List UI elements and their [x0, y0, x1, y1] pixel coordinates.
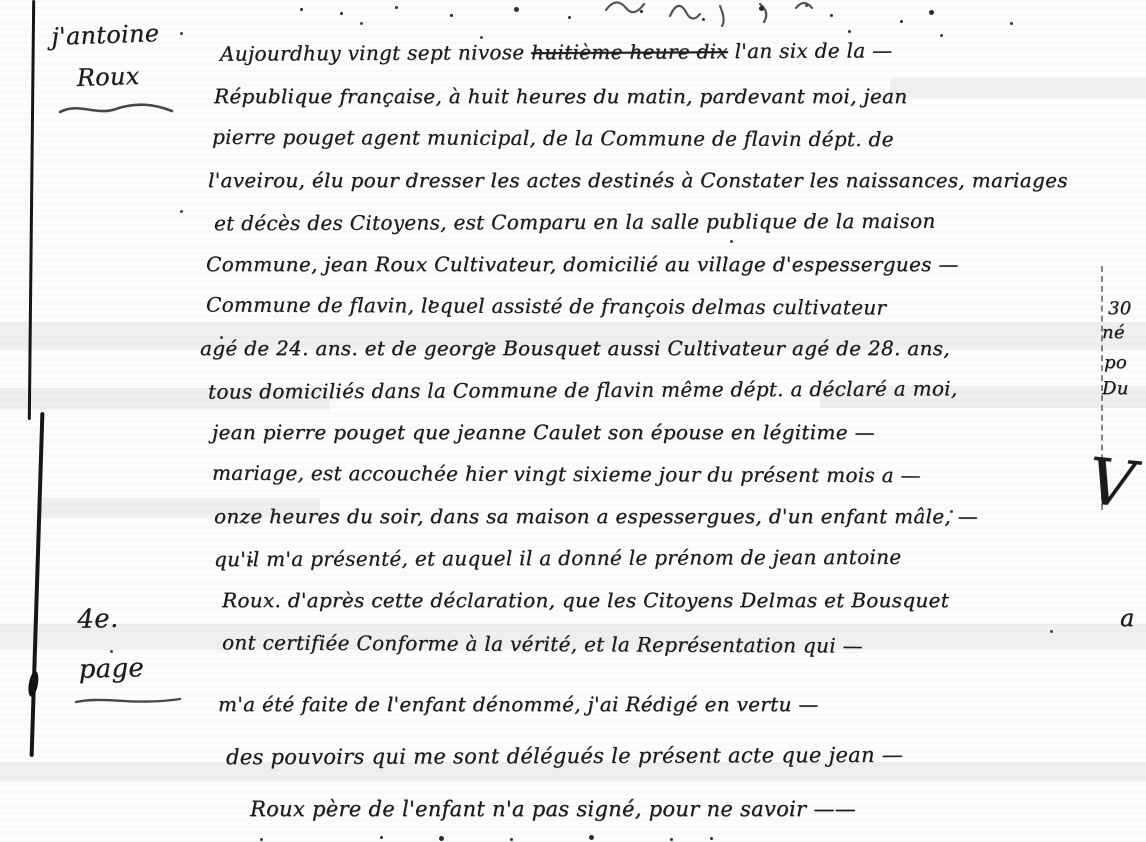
left-margin-rule-lower — [30, 412, 44, 757]
margin-note-child-name: j'antoine Roux — [51, 12, 162, 100]
act-line: ont certifiée Conforme à la vérité, et l… — [222, 630, 863, 657]
act-line: l'aveirou, élu pour dresser les actes de… — [208, 168, 1068, 192]
left-margin-rule — [28, 0, 35, 420]
scanned-register-page: j'antoine Roux 4e. page Aujourdhuy vingt… — [0, 0, 1146, 842]
act-line: qu'il m'a présenté, et auquel il a donné… — [214, 545, 902, 571]
margin-note-page-number: 4e. page — [77, 593, 145, 695]
underline-flourish — [56, 100, 176, 120]
margin-fragment: né — [1102, 322, 1125, 343]
act-line: Roux père de l'enfant n'a pas signé, pou… — [250, 797, 856, 821]
margin-fragment: 30 — [1108, 298, 1132, 319]
margin-fragment: Du — [1102, 378, 1129, 399]
act-line: m'a été faite de l'enfant dénommé, j'ai … — [218, 692, 819, 716]
margin-page-line1: 4e. — [77, 593, 144, 645]
margin-name-line2: Roux — [76, 54, 161, 99]
act-line: jean pierre pouget que jeanne Caulet son… — [212, 420, 875, 444]
scan-noise-bottom — [380, 836, 383, 839]
act-line: pierre pouget agent municipal, de la Com… — [212, 125, 894, 151]
act-line: Roux. d'après cette déclaration, que les… — [222, 588, 949, 612]
margin-name-line1: j'antoine — [51, 12, 160, 58]
act-line: République française, à huit heures du m… — [214, 84, 907, 108]
act-line: tous domiciliés dans la Commune de flavi… — [208, 376, 958, 403]
act-line1-before: Aujourdhuy vingt sept nivose — [220, 40, 531, 66]
strikethrough-text: huitième heure dix — [531, 39, 728, 64]
right-margin-small-letter: a — [1120, 604, 1135, 632]
scan-noise-middle — [430, 300, 433, 303]
act-line: des pouvoirs qui me sont délégués le pré… — [226, 743, 903, 769]
act-line1-after: l'an six de la — — [728, 38, 893, 63]
right-margin-large-initial: V — [1085, 450, 1138, 519]
act-line: Commune, jean Roux Cultivateur, domicili… — [206, 252, 959, 276]
page-underline-flourish — [74, 692, 184, 710]
act-line: et décès des Citoyens, est Comparu en la… — [214, 209, 936, 236]
act-line: Commune de flavin, lequel assisté de fra… — [206, 293, 886, 320]
act-line: mariage, est accouchée hier vingt sixiem… — [212, 461, 921, 487]
margin-fragment: po — [1104, 352, 1127, 373]
margin-page-line2: page — [78, 643, 145, 695]
scan-noise-top — [300, 8, 303, 11]
act-line: onze heures du soir, dans sa maison a es… — [214, 504, 978, 528]
act-line: agé de 24. ans. et de george Bousquet au… — [200, 336, 950, 360]
act-line: Aujourdhuy vingt sept nivose huitième he… — [220, 38, 893, 66]
top-edge-cutoff-strokes — [600, 0, 820, 28]
scan-band — [890, 78, 1146, 98]
